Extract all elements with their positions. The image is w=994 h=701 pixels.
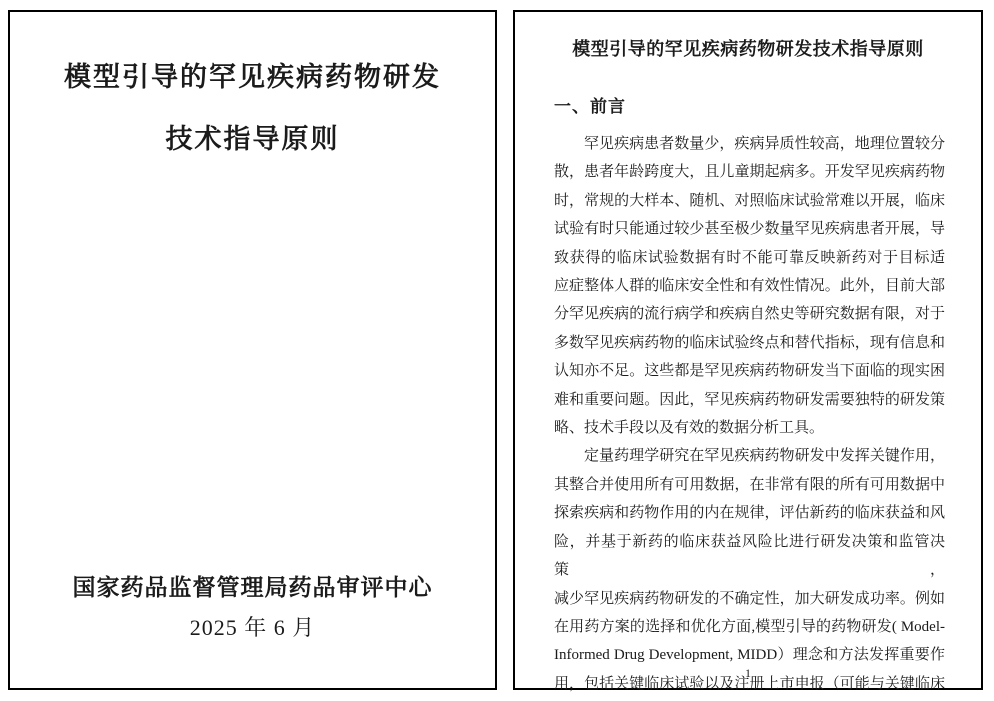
body-line: 应症整体人群的临床安全性和有效性情况。此外，目前大部 bbox=[554, 272, 945, 300]
document-title: 模型引导的罕见疾病药物研发技术指导原则 bbox=[515, 35, 981, 61]
page-number: 1 bbox=[515, 666, 981, 681]
document-spread: 模型引导的罕见疾病药物研发 技术指导原则 国家药品监督管理局药品审评中心 202… bbox=[0, 0, 994, 701]
body-line: 定量药理学研究在罕见疾病药物研发中发挥关键作用， bbox=[554, 442, 945, 470]
body-line: 分罕见疾病的流行病学和疾病自然史等研究数据有限，对于 bbox=[554, 300, 945, 328]
body-line: 减少罕见疾病药物研发的不确定性，加大研发成功率。例如 bbox=[554, 585, 945, 613]
body-line: 略、技术手段以及有效的数据分析工具。 bbox=[554, 414, 945, 442]
body-line: 散，患者年龄跨度大，且儿童期起病多。开发罕见疾病药物 bbox=[554, 158, 945, 186]
content-body: 一、前言 罕见疾病患者数量少，疾病异质性较高，地理位置较分散，患者年龄跨度大，且… bbox=[554, 92, 945, 698]
publish-date: 2025 年 6 月 bbox=[10, 611, 495, 642]
body-text: 罕见疾病患者数量少，疾病异质性较高，地理位置较分散，患者年龄跨度大，且儿童期起病… bbox=[554, 130, 945, 698]
body-line: 罕见疾病患者数量少，疾病异质性较高，地理位置较分 bbox=[554, 130, 945, 158]
body-line: 险，并基于新药的临床获益风险比进行研发决策和监管决策， bbox=[554, 528, 945, 585]
cover-page: 模型引导的罕见疾病药物研发 技术指导原则 国家药品监督管理局药品审评中心 202… bbox=[8, 10, 497, 690]
cover-title-line1: 模型引导的罕见疾病药物研发 bbox=[10, 60, 495, 94]
body-line: 致获得的临床试验数据有时不能可靠反映新药对于目标适 bbox=[554, 244, 945, 272]
cover-title: 模型引导的罕见疾病药物研发 技术指导原则 bbox=[10, 60, 495, 156]
body-line: 其整合并使用所有可用数据，在非常有限的所有可用数据中 bbox=[554, 471, 945, 499]
body-line: 难和重要问题。因此，罕见疾病药物研发需要独特的研发策 bbox=[554, 386, 945, 414]
cover-footer: 国家药品监督管理局药品审评中心 2025 年 6 月 bbox=[10, 569, 495, 642]
body-line: 多数罕见疾病药物的临床试验终点和替代指标，现有信息和 bbox=[554, 329, 945, 357]
section-heading-preface: 一、前言 bbox=[554, 92, 945, 117]
content-page: 模型引导的罕见疾病药物研发技术指导原则 一、前言 罕见疾病患者数量少，疾病异质性… bbox=[513, 10, 983, 690]
body-line: 在用药方案的选择和优化方面,模型引导的药物研发( Model- bbox=[554, 613, 945, 641]
body-line: 时，常规的大样本、随机、对照临床试验常难以开展，临床 bbox=[554, 187, 945, 215]
body-line: 探索疾病和药物作用的内在规律，评估新药的临床获益和风 bbox=[554, 499, 945, 527]
publisher-name: 国家药品监督管理局药品审评中心 bbox=[10, 569, 495, 602]
body-line: 试验有时只能通过较少甚至极少数量罕见疾病患者开展，导 bbox=[554, 215, 945, 243]
cover-title-line2: 技术指导原则 bbox=[10, 122, 495, 156]
body-line: 认知亦不足。这些都是罕见疾病药物研发当下面临的现实困 bbox=[554, 357, 945, 385]
